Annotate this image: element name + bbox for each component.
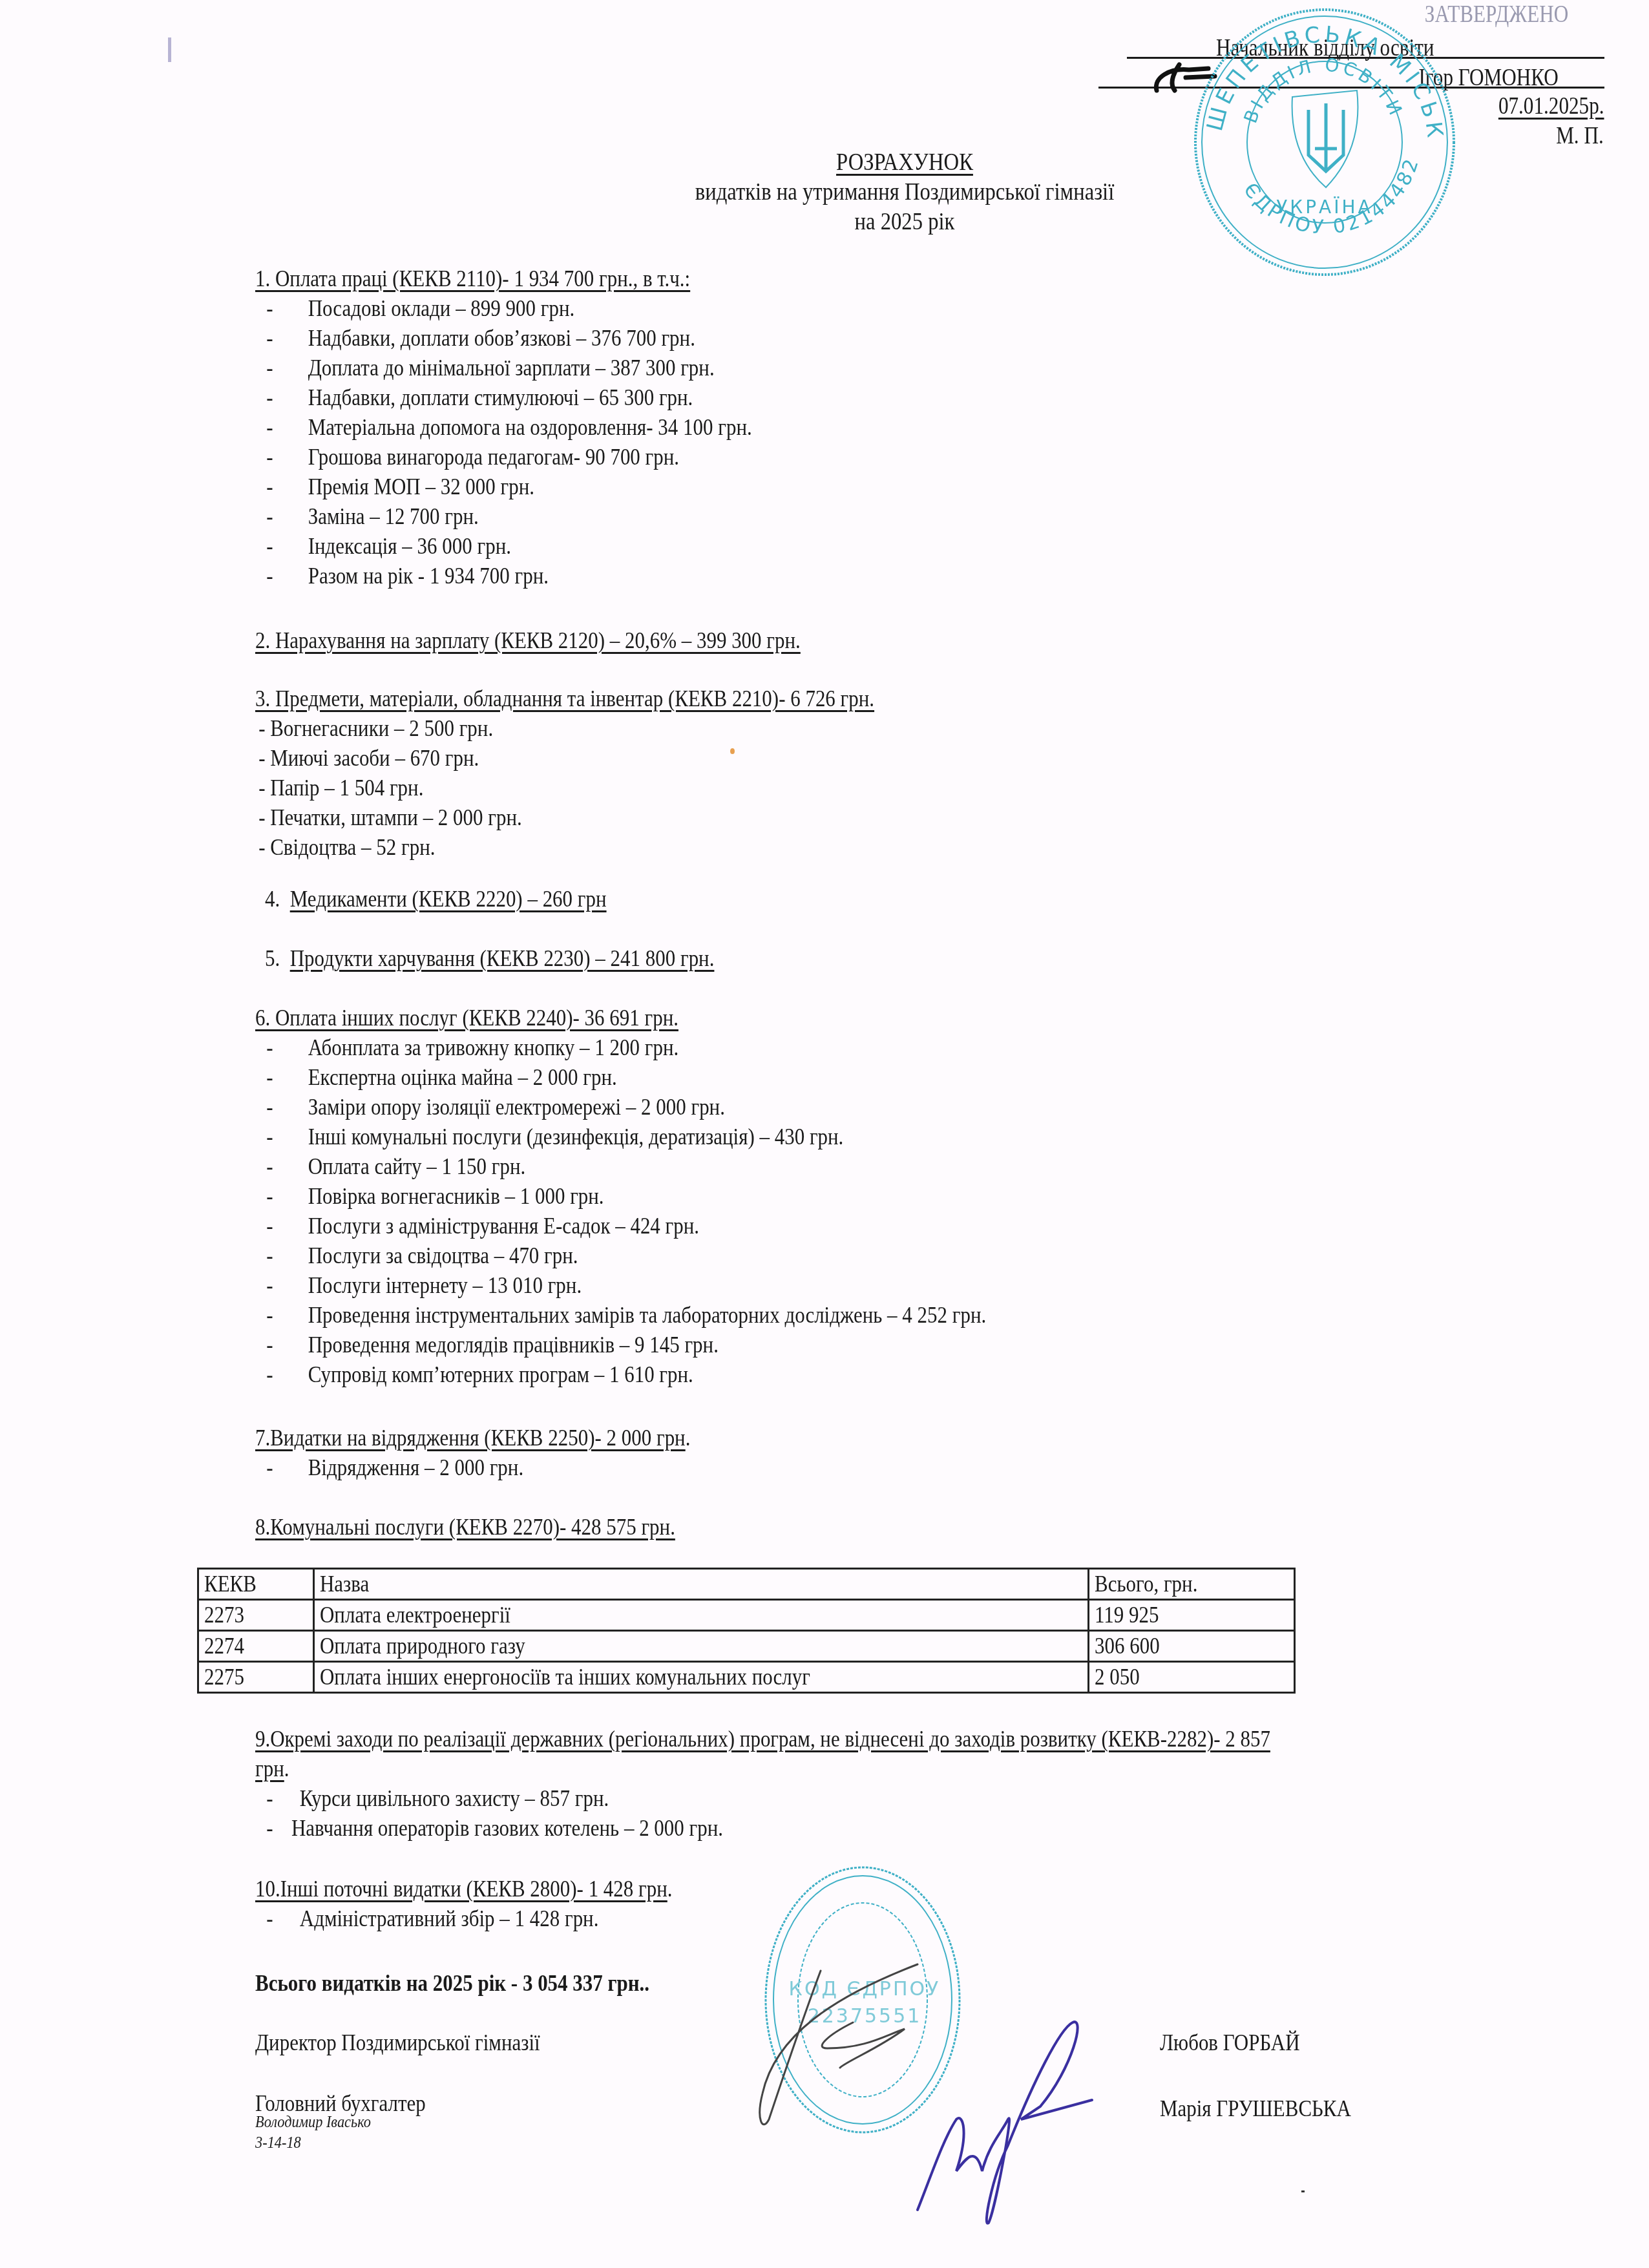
list-item: -Повірка вогнегасників – 1 000 грн. — [255, 1181, 678, 1211]
list-item: -Премія МОП – 32 000 грн. — [255, 472, 690, 501]
director-name: Любов ГОРБАЙ — [1160, 2028, 1300, 2057]
section-heading-line-2: грн. — [255, 1754, 1270, 1783]
list-item: -Проведення медоглядів працівників – 9 1… — [255, 1330, 678, 1360]
list-item: -Надбавки, доплати стимулюючі – 65 300 г… — [255, 383, 690, 412]
document-title-block: РОЗРАХУНОК видатків на утримання Поздими… — [582, 147, 1228, 236]
executor-name: Володимир Івасько — [255, 2112, 371, 2132]
scan-artifact — [168, 37, 171, 62]
list-item: -Супровід комп’ютерних програм – 1 610 г… — [255, 1360, 678, 1389]
svg-text:КОД ЄДРПОУ: КОД ЄДРПОУ — [789, 1978, 941, 2000]
accountant-signature-icon — [879, 2016, 1105, 2236]
section-2: 2. Нарахування на зарплату (КЕКВ 2120) –… — [255, 625, 889, 655]
table-row: 2273 Оплата електроенергії 119 925 — [198, 1600, 1295, 1631]
list-item: - Печатки, штампи – 2 000 грн. — [255, 803, 874, 832]
svg-text:ВІДДІЛ ОСВІТИ: ВІДДІЛ ОСВІТИ — [1240, 54, 1408, 126]
official-stamp-bottom-icon: КОД ЄДРПОУ 22375551 — [756, 1861, 963, 2145]
list-item: -Разом на рік - 1 934 700 грн. — [255, 561, 690, 591]
section-heading: 5. Продукти харчування (КЕКВ 2230) – 241… — [265, 943, 714, 973]
column-header-name: Назва — [320, 1570, 369, 1599]
svg-text:ШЕПЕТІВСЬКА МІСЬКА РАДА: ШЕПЕТІВСЬКА МІСЬКА РАДА — [1176, 0, 1448, 143]
section-heading: 8.Комунальні послуги (КЕКВ 2270)- 428 57… — [255, 1512, 675, 1542]
approval-heading: ЗАТВЕРДЖЕНО — [1425, 0, 1568, 28]
grand-total: Всього видатків на 2025 рік - 3 054 337 … — [255, 1968, 649, 1998]
scan-speck — [1301, 2190, 1305, 2192]
section-heading: 6. Оплата інших послуг (КЕКВ 2240)- 36 6… — [255, 1003, 678, 1033]
list-item: -Грошова винагорода педагогам- 90 700 гр… — [255, 442, 690, 472]
section-heading: 2. Нарахування на зарплату (КЕКВ 2120) –… — [255, 625, 801, 655]
list-item: -Заміри опору ізоляції електромережі – 2… — [255, 1092, 678, 1122]
table-header-row: КЕКВ Назва Всього, грн. — [198, 1569, 1295, 1600]
section-heading: 7.Видатки на відрядження (КЕКВ 2250)- 2 … — [255, 1423, 690, 1453]
list-item: -Інші комунальні послуги (дезинфекція, д… — [255, 1122, 678, 1151]
list-item: -Індексація – 36 000 грн. — [255, 531, 690, 561]
section-10: 10.Інші поточні видатки (КЕКВ 2800)- 1 4… — [255, 1874, 740, 1933]
list-item: -Матеріальна допомога на оздоровлення- 3… — [255, 412, 690, 442]
list-item: -Послуги з адміністрування Е-садок – 424… — [255, 1211, 678, 1241]
section-9: 9.Окремі заходи по реалізації державних … — [255, 1724, 1436, 1843]
list-item: - Папір – 1 504 грн. — [255, 773, 874, 803]
list-item: -Проведення інструментальних замірів та … — [255, 1300, 678, 1330]
list-item: -Абонплата за тривожну кнопку – 1 200 гр… — [255, 1033, 678, 1062]
section-1: 1. Оплата праці (КЕКВ 2110)- 1 934 700 г… — [255, 264, 761, 591]
list-item: -Надбавки, доплати обов’язкові – 376 700… — [255, 323, 690, 353]
column-header-total: Всього, грн. — [1095, 1570, 1197, 1599]
list-item: -Навчання операторів газових котелень – … — [255, 1813, 1270, 1843]
accountant-name: Марія ГРУШЕВСЬКА — [1160, 2094, 1351, 2123]
section-7: 7.Видатки на відрядження (КЕКВ 2250)- 2 … — [255, 1423, 761, 1482]
section-heading: 4. Медикаменти (КЕКВ 2220) – 260 грн — [265, 884, 607, 914]
document-subtitle-1: видатків на утримання Поздимирської гімн… — [627, 177, 1182, 207]
utilities-table: КЕКВ Назва Всього, грн. 2273 Оплата елек… — [197, 1568, 1296, 1694]
list-item: -Адміністративний збір – 1 428 грн. — [255, 1904, 673, 1933]
list-item: -Заміна – 12 700 грн. — [255, 501, 690, 531]
document-title: РОЗРАХУНОК — [627, 147, 1182, 177]
executor-phone: 3-14-18 — [255, 2132, 301, 2153]
scan-speck — [730, 748, 735, 754]
list-item: -Експертна оцінка майна – 2 000 грн. — [255, 1062, 678, 1092]
list-item: - Миючі засоби – 670 грн. — [255, 743, 874, 773]
document-page: ЗАТВЕРДЖЕНО Начальник відділу освіти Іго… — [0, 0, 1649, 2268]
list-item: -Посадові оклади – 899 900 грн. — [255, 293, 690, 323]
document-subtitle-2: на 2025 рік — [627, 207, 1182, 236]
list-item: -Доплата до мінімальної зарплати – 387 3… — [255, 353, 690, 383]
section-4: 4. Медикаменти (КЕКВ 2220) – 260 грн — [265, 884, 662, 914]
svg-text:22375551: 22375551 — [808, 2005, 922, 2028]
list-item: -Курси цивільного захисту – 857 грн. — [255, 1783, 1270, 1813]
section-3: 3. Предмети, матеріали, обладнання та ін… — [255, 684, 975, 862]
section-heading-line-1: 9.Окремі заходи по реалізації державних … — [255, 1724, 1270, 1754]
list-item: -Послуги інтернету – 13 010 грн. — [255, 1270, 678, 1300]
section-8: 8.Комунальні послуги (КЕКВ 2270)- 428 57… — [255, 1512, 744, 1542]
approval-line-2 — [1098, 87, 1604, 89]
director-signature-icon — [756, 1951, 950, 2132]
column-header-kekv: КЕКВ — [204, 1570, 257, 1599]
approval-seal-mark: М. П. — [1556, 121, 1604, 150]
section-6: 6. Оплата інших послуг (КЕКВ 2240)- 36 6… — [255, 1003, 748, 1389]
table-row: 2274 Оплата природного газу 306 600 — [198, 1631, 1295, 1662]
list-item: -Відрядження – 2 000 грн. — [255, 1453, 690, 1482]
list-item: -Оплата сайту – 1 150 грн. — [255, 1151, 678, 1181]
table-row: 2275 Оплата інших енергоносіїв та інших … — [198, 1662, 1295, 1693]
svg-text:ЄДРПОУ 02144482: ЄДРПОУ 02144482 — [1239, 154, 1424, 239]
list-item: -Послуги за свідоцтва – 470 грн. — [255, 1241, 678, 1270]
director-title: Директор Поздимирської гімназії — [255, 2028, 540, 2057]
list-item: - Вогнегасники – 2 500 грн. — [255, 713, 874, 743]
section-heading: 3. Предмети, матеріали, обладнання та ін… — [255, 684, 874, 713]
section-5: 5. Продукти харчування (КЕКВ 2230) – 241… — [265, 943, 788, 973]
section-heading: 10.Інші поточні видатки (КЕКВ 2800)- 1 4… — [255, 1874, 673, 1904]
svg-text:УКРАЇНА: УКРАЇНА — [1276, 196, 1372, 218]
approval-date: 07.01.2025р. — [1498, 92, 1604, 120]
approval-line-1 — [1127, 57, 1604, 59]
list-item: - Свідоцтва – 52 грн. — [255, 832, 874, 862]
section-heading: 1. Оплата праці (КЕКВ 2110)- 1 934 700 г… — [255, 264, 690, 293]
